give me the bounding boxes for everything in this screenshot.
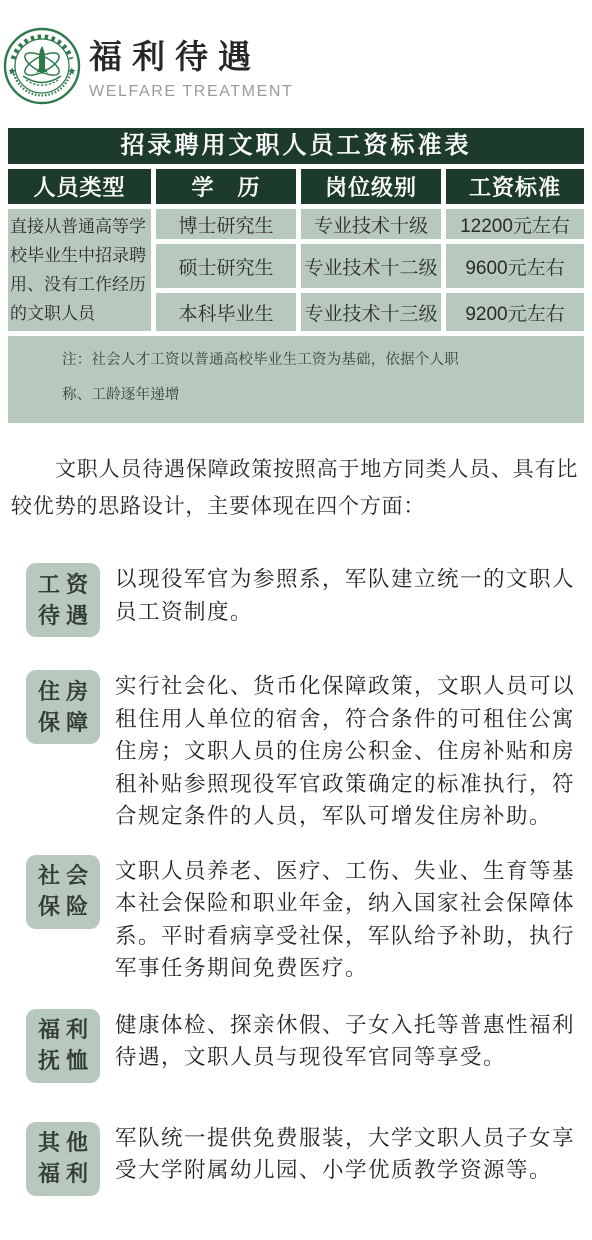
badge-label-line: 待 遇	[38, 605, 88, 627]
cell-post-level-row3: 专业技术十三级	[301, 293, 441, 331]
header-title-block: 福利待遇 WELFARE TREATMENT	[89, 31, 293, 101]
benefit-text-salary: 以现役军官为参照系，军队建立统一的文职人员工资制度。	[115, 563, 580, 628]
page-title: 福利待遇	[89, 31, 293, 78]
welfare-poster-page: 福利待遇 WELFARE TREATMENT 招录聘用文职人员工资标准表 人员类…	[0, 0, 592, 1240]
cell-salary-row1: 12200元左右	[446, 209, 584, 239]
intro-paragraph: 文职人员待遇保障政策按照高于地方同类人员、具有比较优势的思路设计，主要体现在四个…	[11, 451, 581, 525]
university-seal-icon	[2, 26, 82, 106]
badge-label-line: 福 利	[38, 1163, 88, 1185]
cell-post-level-row1: 专业技术十级	[301, 209, 441, 239]
badge-label-line: 其 他	[38, 1132, 88, 1154]
table-grid: 人员类型 学 历 岗位级别 工资标准 直接从普通高等学校毕业生中招录聘用、没有工…	[8, 169, 584, 331]
badge-label-line: 工 资	[38, 574, 88, 596]
salary-table: 招录聘用文职人员工资标准表 人员类型 学 历 岗位级别 工资标准 直接从普通高等…	[8, 128, 584, 423]
benefit-section-housing: 住 房 保 障 实行社会化、货币化保障政策，文职人员可以租住用人单位的宿舍，符合…	[26, 670, 580, 833]
page-subtitle: WELFARE TREATMENT	[89, 83, 293, 101]
benefit-text-social-insurance: 文职人员养老、医疗、工伤、失业、生育等基本社会保险和职业年金，纳入国家社会保障体…	[115, 855, 580, 985]
cell-person-type: 直接从普通高等学校毕业生中招录聘用、没有工作经历的文职人员	[8, 209, 151, 331]
benefit-text-other: 军队统一提供免费服装，大学文职人员子女享受大学附属幼儿园、小学优质教学资源等。	[115, 1122, 580, 1187]
benefit-badge-welfare-compensation: 福 利 抚 恤	[26, 1009, 100, 1083]
col-header-post-level: 岗位级别	[301, 169, 441, 204]
cell-degree-row2: 硕士研究生	[156, 244, 296, 288]
badge-label-line: 保 障	[38, 712, 88, 734]
benefit-section-social-insurance: 社 会 保 险 文职人员养老、医疗、工伤、失业、生育等基本社会保险和职业年金，纳…	[26, 855, 580, 985]
cell-salary-row2: 9600元左右	[446, 244, 584, 288]
badge-label-line: 抚 恤	[38, 1050, 88, 1072]
col-header-salary: 工资标准	[446, 169, 584, 204]
benefit-section-other: 其 他 福 利 军队统一提供免费服装，大学文职人员子女享受大学附属幼儿园、小学优…	[26, 1122, 580, 1196]
table-title: 招录聘用文职人员工资标准表	[8, 128, 584, 164]
col-header-degree: 学 历	[156, 169, 296, 204]
header: 福利待遇 WELFARE TREATMENT	[0, 0, 592, 106]
cell-salary-row3: 9200元左右	[446, 293, 584, 331]
cell-degree-row1: 博士研究生	[156, 209, 296, 239]
benefit-badge-other: 其 他 福 利	[26, 1122, 100, 1196]
benefit-text-welfare-compensation: 健康体检、探亲休假、子女入托等普惠性福利待遇，文职人员与现役军官同等享受。	[115, 1009, 580, 1074]
badge-label-line: 保 险	[38, 896, 88, 918]
benefit-section-welfare-compensation: 福 利 抚 恤 健康体检、探亲休假、子女入托等普惠性福利待遇，文职人员与现役军官…	[26, 1009, 580, 1083]
cell-degree-row3: 本科毕业生	[156, 293, 296, 331]
cell-post-level-row2: 专业技术十二级	[301, 244, 441, 288]
badge-label-line: 社 会	[38, 865, 88, 887]
benefit-text-housing: 实行社会化、货币化保障政策，文职人员可以租住用人单位的宿舍，符合条件的可租住公寓…	[115, 670, 580, 833]
badge-label-line: 住 房	[38, 681, 88, 703]
benefit-section-salary: 工 资 待 遇 以现役军官为参照系，军队建立统一的文职人员工资制度。	[26, 563, 580, 637]
col-header-person-type: 人员类型	[8, 169, 151, 204]
benefit-badge-salary: 工 资 待 遇	[26, 563, 100, 637]
table-note: 注：社会人才工资以普通高校毕业生工资为基础，依据个人职称、工龄逐年递增	[8, 336, 584, 423]
badge-label-line: 福 利	[38, 1019, 88, 1041]
benefit-badge-housing: 住 房 保 障	[26, 670, 100, 744]
benefit-badge-social-insurance: 社 会 保 险	[26, 855, 100, 929]
